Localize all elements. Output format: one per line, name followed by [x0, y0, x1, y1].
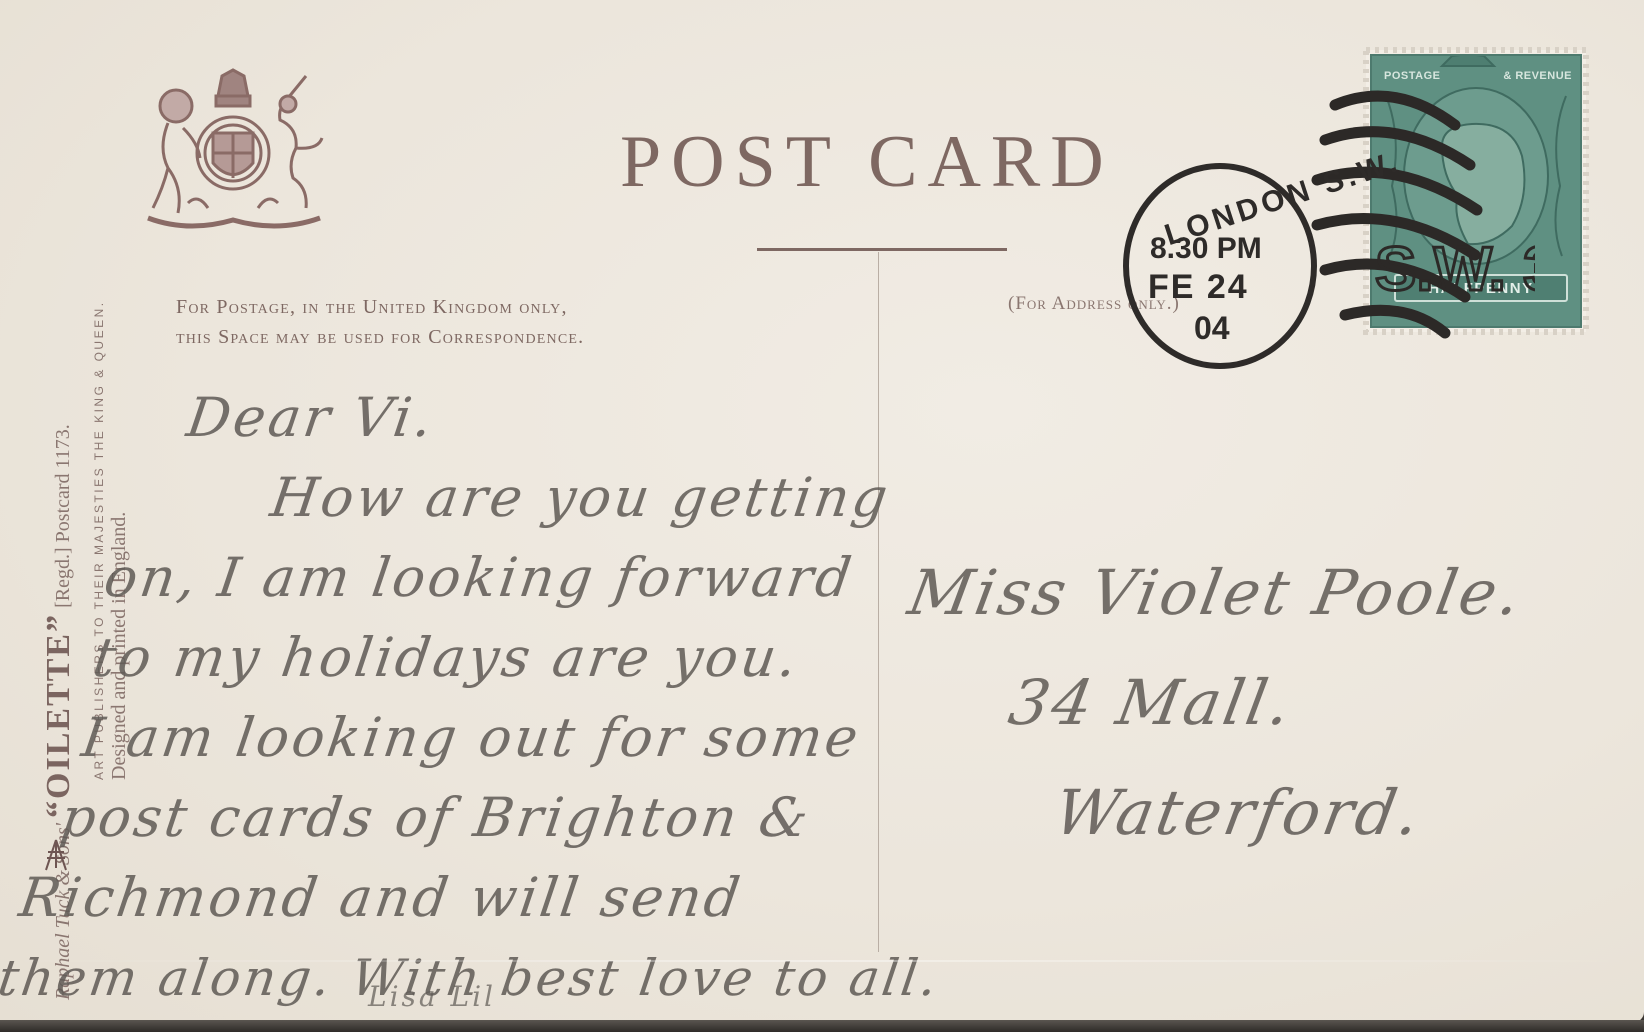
postmark-year: 04 — [1194, 310, 1230, 347]
circular-date-postmark: LONDON S.W. 8.30 PM FE 24 04 — [1120, 160, 1320, 372]
paper-crease — [0, 960, 1644, 962]
title-underline — [757, 248, 1007, 251]
postcard-back: Raphael Tuck & Sons' “OILETTE” [Regd.] P… — [0, 0, 1644, 1022]
duplex-cancellation-icon: S.W. 36 — [1305, 85, 1535, 350]
signature: Lisa Lil — [368, 980, 496, 1013]
postmark-time: 8.30 PM — [1150, 232, 1262, 266]
royal-coat-of-arms-icon — [138, 68, 328, 238]
card-shadow-edge — [0, 1020, 1644, 1032]
page-title: POST CARD — [620, 120, 1114, 205]
handwritten-address: Miss Violet Poole. 34 Mall. Waterford. — [861, 538, 1532, 868]
svg-text:S.W. 36: S.W. 36 — [1375, 235, 1535, 304]
postmark-date: FE 24 — [1148, 268, 1249, 307]
handwritten-message: Dear Vi. How are you getting on, I am lo… — [103, 378, 1024, 1018]
correspondence-note: For Postage, in the United Kingdom only,… — [176, 292, 584, 352]
